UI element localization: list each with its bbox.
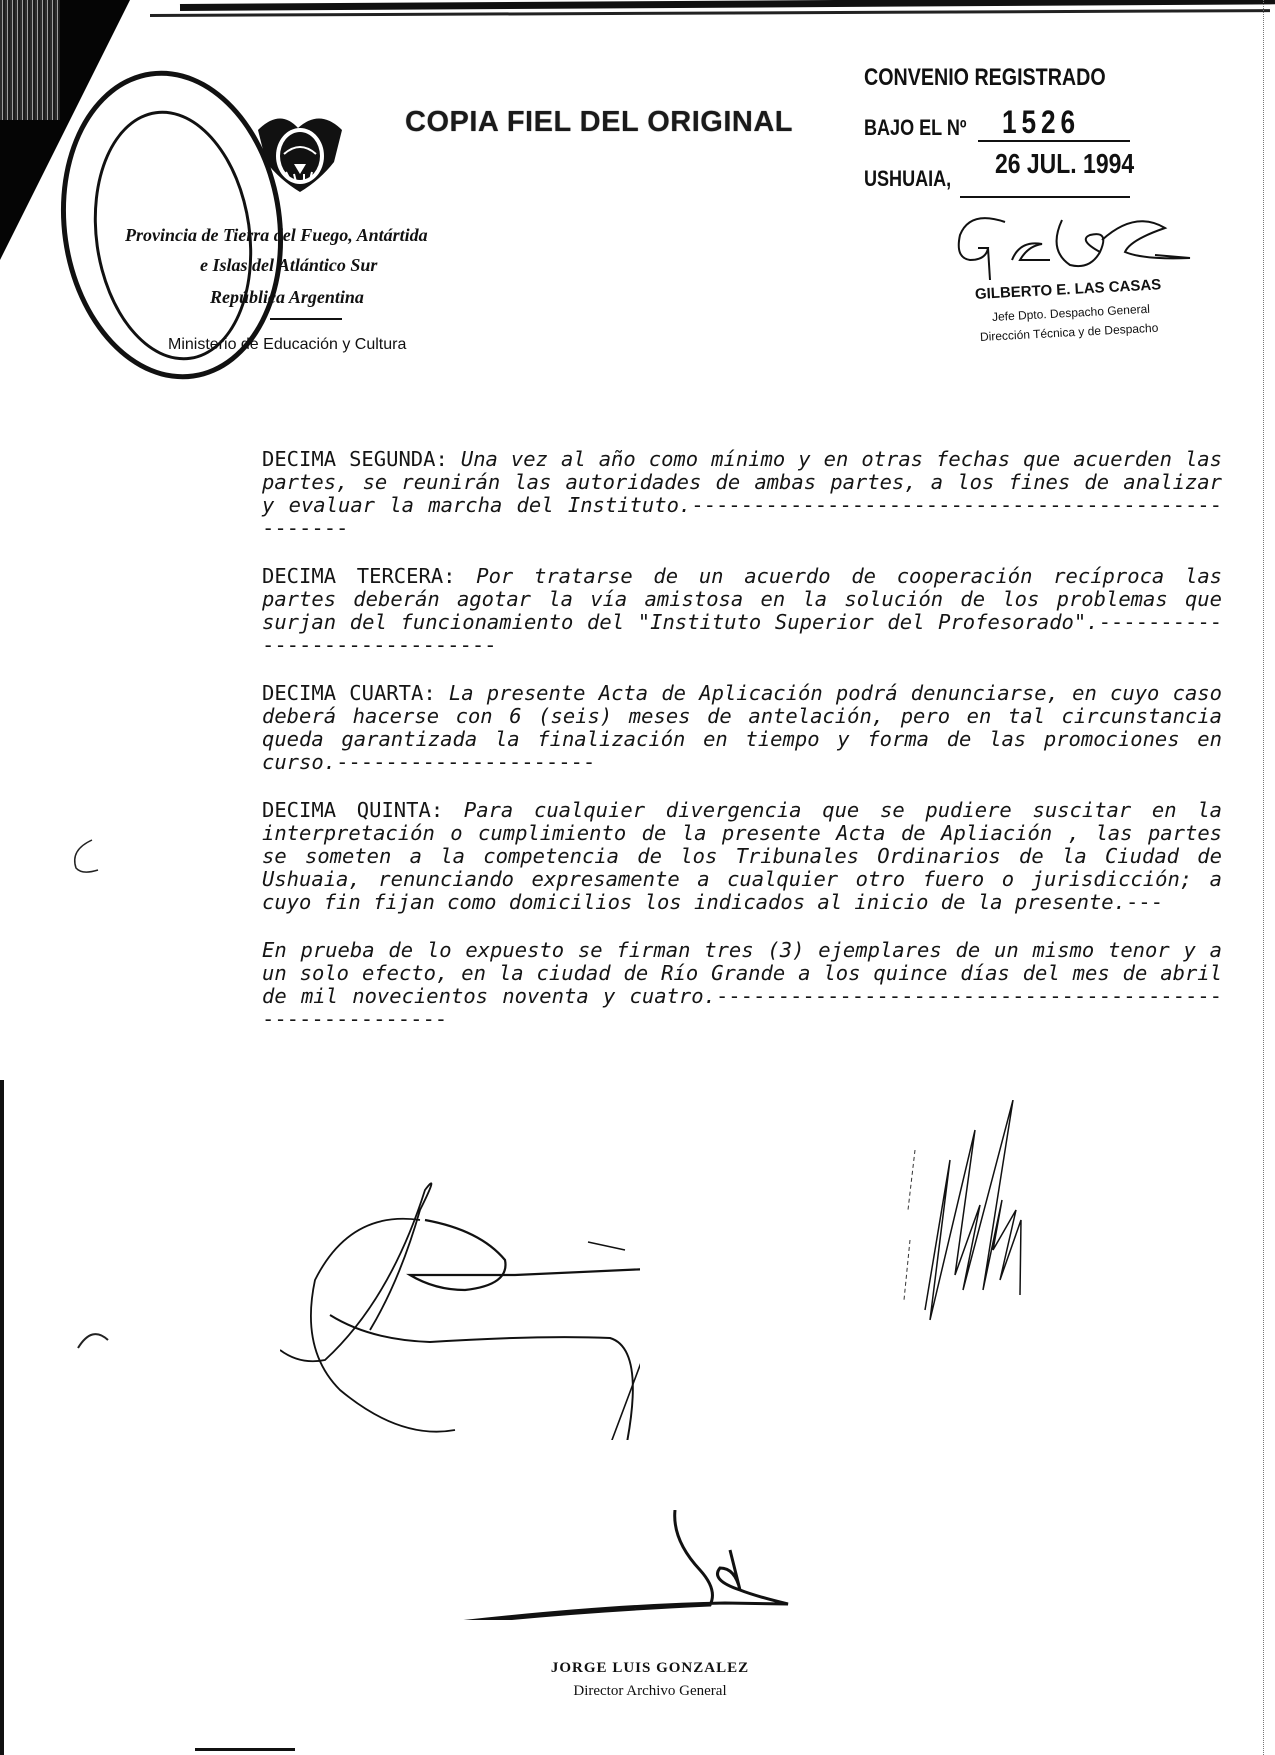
registration-number: 1526: [1002, 104, 1080, 141]
registration-number-label: BAJO EL Nº: [864, 115, 967, 141]
clause-dash-fill: ---: [1126, 890, 1163, 914]
letterhead-line-1: Provincia de Tierra del Fuego, Antártida: [125, 225, 428, 246]
registration-number-underline: [978, 140, 1130, 142]
signature-right-icon: [890, 1100, 1120, 1350]
official-signature-icon: [950, 210, 1210, 285]
letterhead-divider: [270, 318, 342, 320]
registration-city-label: USHUAIA,: [864, 166, 951, 192]
clause-heading: DECIMA CUARTA:: [262, 681, 436, 705]
scan-right-edge: [1263, 0, 1265, 1755]
agreement-clauses: DECIMA SEGUNDA: Una vez al año como míni…: [262, 448, 1222, 1056]
scan-left-edge: [0, 1080, 4, 1755]
clause-dash-fill: ---------------------: [336, 750, 595, 774]
letterhead-line-3: República Argentina: [210, 287, 364, 308]
clause-heading: DECIMA SEGUNDA:: [262, 447, 448, 471]
scan-noise: [0, 0, 60, 120]
clause-decima-tercera: DECIMA TERCERA: Por tratarse de un acuer…: [262, 565, 1222, 657]
clause-decima-segunda: DECIMA SEGUNDA: Una vez al año como míni…: [262, 448, 1222, 540]
closing-clause: En prueba de lo expuesto se firman tres …: [262, 939, 1222, 1031]
coat-of-arms-icon: [250, 100, 350, 200]
scan-bottom-edge: [195, 1748, 295, 1751]
clause-decima-cuarta: DECIMA CUARTA: La presente Acta de Aplic…: [262, 682, 1222, 774]
certified-copy-stamp: COPIA FIEL DEL ORIGINAL: [405, 106, 793, 139]
archivist-role: Director Archivo General: [400, 1683, 900, 1700]
official-role: Jefe Dpto. Despacho General: [992, 302, 1151, 324]
clause-decima-quinta: DECIMA QUINTA: Para cualquier divergenci…: [262, 799, 1222, 914]
clause-heading: DECIMA QUINTA:: [262, 798, 443, 822]
letterhead-line-2: e Islas del Atlántico Sur: [200, 255, 377, 276]
registration-title: CONVENIO REGISTRADO: [864, 64, 1106, 92]
clause-heading: DECIMA TERCERA:: [262, 564, 456, 588]
ministry-name: Ministerio de Educación y Cultura: [168, 336, 406, 354]
registration-date: 26 JUL. 1994: [995, 148, 1134, 180]
signature-archivist-icon: [410, 1510, 790, 1620]
scan-top-edge-secondary: [150, 9, 1270, 17]
registration-date-underline: [960, 196, 1130, 198]
official-department: Dirección Técnica y de Despacho: [980, 321, 1159, 344]
archivist-name: JORGE LUIS GONZALEZ: [400, 1660, 900, 1677]
signature-left-icon: [280, 1150, 640, 1440]
